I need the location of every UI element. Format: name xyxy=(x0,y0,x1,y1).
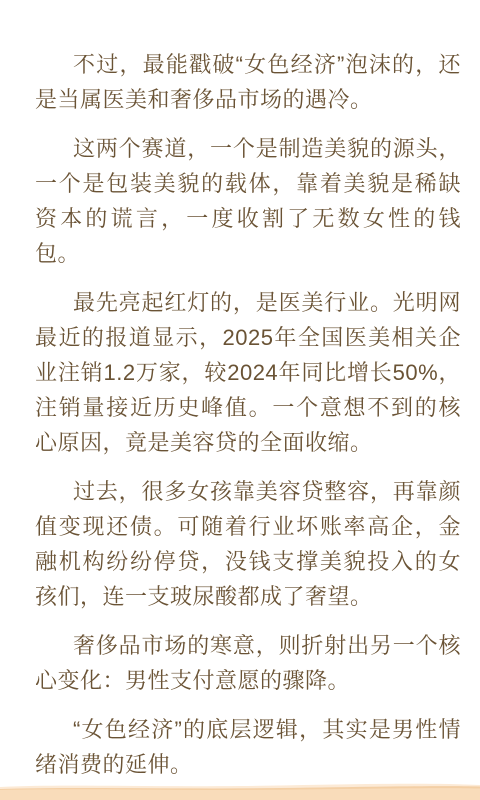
article-page: 不过，最能戳破“女色经济”泡沫的，还是当属医美和奢侈品市场的遇冷。 这两个赛道，… xyxy=(0,0,480,800)
paragraph: 奢侈品市场的寒意，则折射出另一个核心变化：男性支付意愿的骤降。 xyxy=(35,628,461,698)
article-body: 不过，最能戳破“女色经济”泡沫的，还是当属医美和奢侈品市场的遇冷。 这两个赛道，… xyxy=(0,0,480,796)
paragraph: 最先亮起红灯的，是医美行业。光明网最近的报道显示，2025年全国医美相关企业注销… xyxy=(35,285,461,460)
paragraph: “女色经济”的底层逻辑，其实是男性情绪消费的延伸。 xyxy=(35,712,461,782)
paragraph: 这两个赛道，一个是制造美貌的源头，一个是包装美貌的载体，靠着美貌是稀缺资本的谎言… xyxy=(35,131,461,271)
brush-stroke-decoration xyxy=(0,780,480,800)
paragraph: 不过，最能戳破“女色经济”泡沫的，还是当属医美和奢侈品市场的遇冷。 xyxy=(35,47,461,117)
paragraph: 过去，很多女孩靠美容贷整容，再靠颜值变现还债。可随着行业坏账率高企，金融机构纷纷… xyxy=(35,474,461,614)
